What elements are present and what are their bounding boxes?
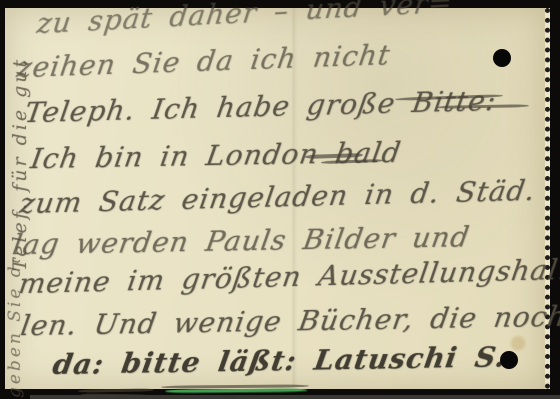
punch-hole-top	[493, 49, 511, 67]
pencil-underline-bitte	[78, 388, 154, 392]
handwriting-line: zeihen Sie da ich nicht	[15, 41, 392, 82]
handwriting-line: zu spät daher – und ver=	[35, 0, 454, 38]
punch-hole-bottom	[500, 351, 518, 369]
handwriting-lines: zu spät daher – und ver=zeihen Sie da ic…	[5, 8, 545, 389]
handwriting-line: zum Satz eingeladen in d. Städ.	[18, 176, 538, 218]
postcard-scan: zu spät daher – und ver=zeihen Sie da ic…	[5, 8, 550, 389]
backing-paper-edge	[30, 395, 560, 399]
handwriting-line: da: bitte läßt: Latuschi S.	[51, 343, 509, 379]
margin-note-vertical-upper: Telef. für die gut etc.	[9, 56, 31, 271]
green-underline-laesst	[165, 388, 307, 392]
margin-note-vertical-lower: geben Sie das gut ab	[5, 260, 25, 398]
handwriting-line: len. Und wenige Bücher, die noch	[19, 302, 560, 340]
handwriting-line: lag werden Pauls Bilder und	[11, 223, 472, 259]
handwriting-line: Teleph. Ich habe große Bitte:	[23, 87, 499, 127]
handwriting-line: meine im größten Ausstellungshal.	[17, 256, 560, 298]
